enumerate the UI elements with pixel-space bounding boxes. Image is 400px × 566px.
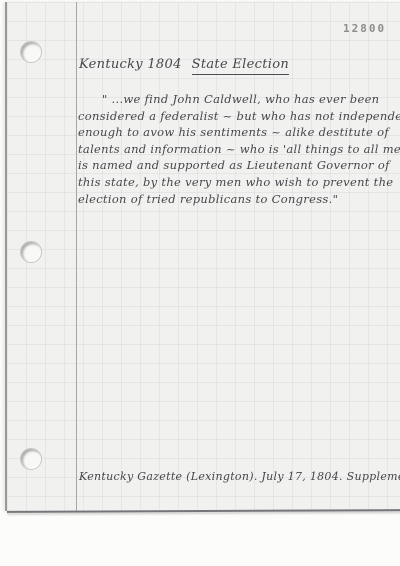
margin-rule-line bbox=[76, 2, 77, 511]
citation-line: Kentucky Gazette (Lexington). July 17, 1… bbox=[79, 470, 400, 483]
scanned-document: 12800 Kentucky 1804State Election " ...w… bbox=[0, 0, 400, 566]
punch-hole-middle bbox=[20, 241, 42, 263]
quote-line: enough to avow his sentiments ~ alike de… bbox=[78, 124, 400, 141]
note-title-underlined: State Election bbox=[192, 57, 289, 75]
punch-hole-bottom bbox=[20, 448, 42, 470]
quote-paragraph: " ...we find John Caldwell, who has ever… bbox=[78, 91, 400, 207]
stamp-number: 12800 bbox=[343, 22, 386, 35]
quote-line: " ...we find John Caldwell, who has ever… bbox=[78, 91, 400, 108]
quote-line: considered a federalist ~ but who has no… bbox=[78, 108, 400, 125]
paper-bottom-edge bbox=[7, 509, 400, 513]
quote-line: is named and supported as Lieutenant Gov… bbox=[78, 157, 400, 174]
quote-line: talents and information ~ who is 'all th… bbox=[78, 141, 400, 158]
quote-line: this state, by the very men who wish to … bbox=[78, 174, 400, 191]
note-title: Kentucky 1804State Election bbox=[79, 57, 289, 72]
note-paper: 12800 Kentucky 1804State Election " ...w… bbox=[5, 2, 400, 511]
quote-line: election of tried republicans to Congres… bbox=[78, 191, 400, 208]
note-title-plain: Kentucky 1804 bbox=[79, 57, 182, 72]
punch-hole-top bbox=[20, 41, 42, 63]
